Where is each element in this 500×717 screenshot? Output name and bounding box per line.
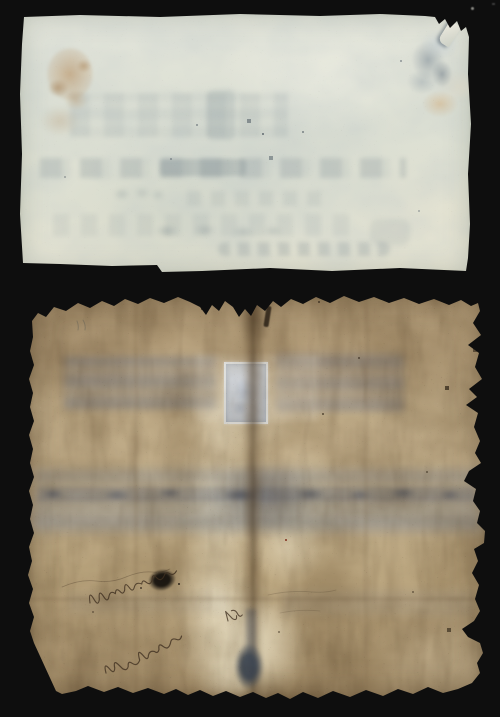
flourish-line [62, 569, 170, 587]
faint-scratch-right-2 [280, 610, 320, 613]
cursive-word-2 [222, 605, 242, 625]
showthrough-main-text-core [160, 159, 246, 176]
handwritten-inscription [28, 291, 485, 700]
bottom-banknote-verso [28, 291, 485, 700]
showthrough-signature-row [218, 242, 390, 256]
dirt-specks [28, 291, 30, 293]
brown-stain-faint [40, 106, 80, 136]
top-banknote-verso [20, 14, 471, 273]
small-mark-top-left [77, 320, 85, 330]
foxing-specks [20, 14, 22, 16]
showthrough-script-curls [112, 184, 164, 204]
dust-speck [471, 7, 474, 10]
showthrough-numeral-column [207, 90, 235, 140]
dust-speck [492, 3, 495, 5]
showthrough-text-row-3 [187, 191, 321, 206]
showthrough-right-smudge [370, 219, 410, 245]
showthrough-text-row-4-core [153, 221, 289, 241]
cursive-word-3 [103, 633, 184, 678]
faint-scratch-right-1 [268, 590, 336, 595]
photograph [0, 0, 500, 717]
